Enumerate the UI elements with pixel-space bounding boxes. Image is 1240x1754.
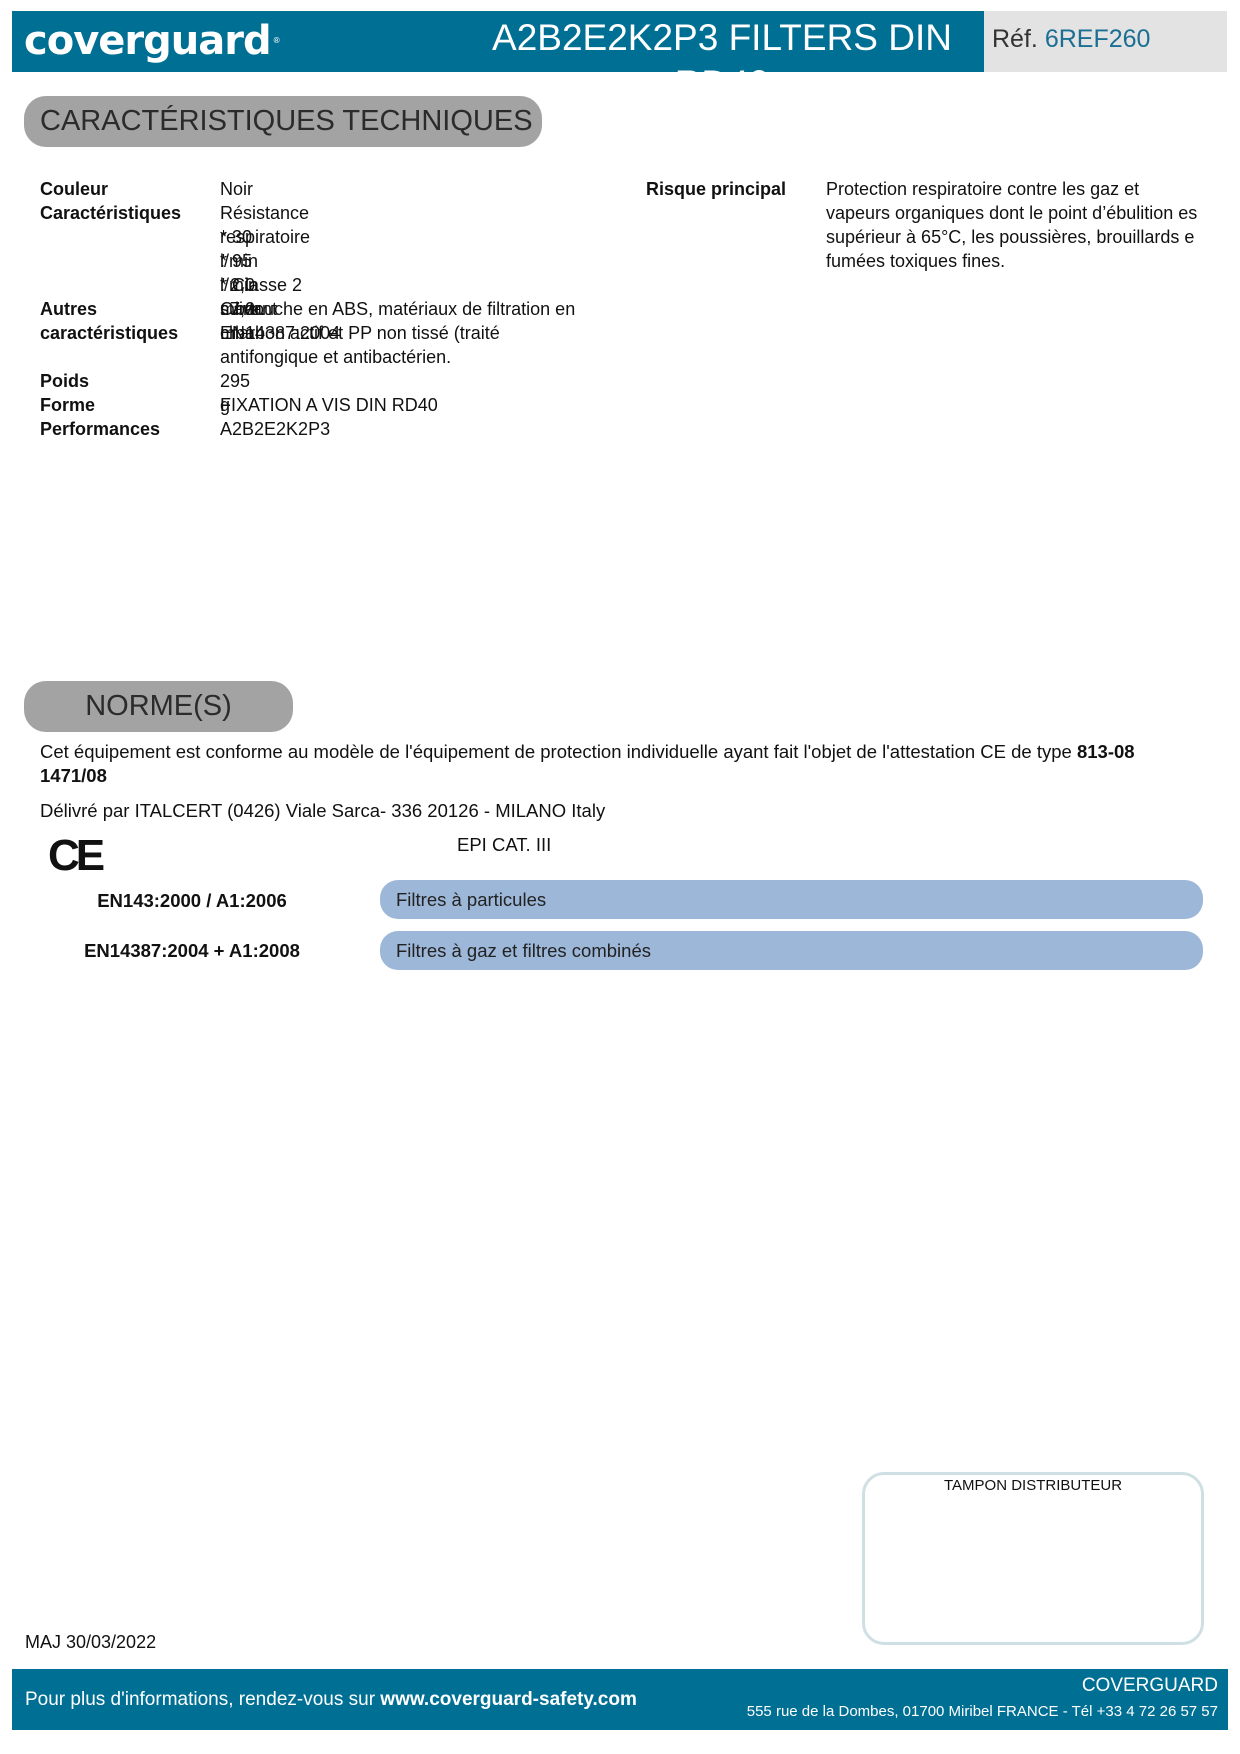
ce-mark-icon: CE: [48, 832, 101, 880]
spec-value-couleur: Noir: [220, 177, 253, 201]
spec-value-line: supérieur à 65°C, les poussières, brouil…: [826, 225, 1194, 249]
header-bar: coverguard® A2B2E2K2P3 FILTERS DIN RD40: [12, 11, 984, 72]
spec-value-line: charbon actif et PP non tissé (traité: [220, 321, 500, 345]
footer-info: Pour plus d'informations, rendez-vous su…: [25, 1689, 637, 1711]
coverguard-logo: coverguard®: [24, 19, 280, 63]
standard-code: EN14387:2004 + A1:2008: [42, 940, 342, 962]
ref-code: 6REF260: [1045, 25, 1151, 53]
standard-description: Filtres à particules: [380, 880, 1203, 919]
spec-key-caracteristiques: Caractéristiques: [40, 201, 181, 225]
spec-key-performances: Performances: [40, 417, 160, 441]
footer-bar: Pour plus d'informations, rendez-vous su…: [12, 1669, 1228, 1730]
spec-value-line: antifongique et antibactérien.: [220, 345, 451, 369]
spec-key-poids: Poids: [40, 369, 89, 393]
conformity-text: Cet équipement est conforme au modèle de…: [40, 740, 1220, 764]
epi-category: EPI CAT. III: [457, 833, 551, 857]
website-link[interactable]: www.coverguard-safety.com: [380, 1689, 637, 1710]
conformity-number: 1471/08: [40, 764, 107, 788]
update-date: MAJ 30/03/2022: [25, 1632, 156, 1653]
reference-box: Réf. 6REF260: [984, 11, 1227, 72]
spec-key-autres-1: Autres: [40, 297, 97, 321]
spec-key-forme: Forme: [40, 393, 95, 417]
footer-company: COVERGUARD: [1082, 1675, 1218, 1697]
stamp-label: TAMPON DISTRIBUTEUR: [865, 1477, 1201, 1494]
standard-code: EN143:2000 / A1:2006: [42, 890, 342, 912]
spec-value-line: Protection respiratoire contre les gaz e…: [826, 177, 1139, 201]
spec-value-line: fumées toxiques fines.: [826, 249, 1005, 273]
spec-value-forme: FIXATION A VIS DIN RD40: [220, 393, 438, 417]
spec-key-couleur: Couleur: [40, 177, 108, 201]
product-title: A2B2E2K2P3 FILTERS DIN RD40: [467, 15, 977, 72]
standard-description: Filtres à gaz et filtres combinés: [380, 931, 1203, 970]
ref-label: Réf.: [992, 25, 1038, 53]
spec-value-performances: A2B2E2K2P3: [220, 417, 330, 441]
spec-value-line: Cartouche en ABS, matériaux de filtratio…: [220, 297, 575, 321]
footer-address: 555 rue de la Dombes, 01700 Miribel FRAN…: [747, 1703, 1218, 1720]
spec-key-autres-2: caractéristiques: [40, 321, 178, 345]
spec-value-line: vapeurs organiques dont le point d’ébuli…: [826, 201, 1197, 225]
issued-by: Délivré par ITALCERT (0426) Viale Sarca-…: [40, 799, 605, 823]
section-heading-technical: CARACTÉRISTIQUES TECHNIQUES: [24, 96, 542, 147]
section-heading-norms: NORME(S): [24, 681, 293, 732]
spec-key-risque: Risque principal: [646, 177, 786, 201]
distributor-stamp-box: TAMPON DISTRIBUTEUR: [862, 1472, 1204, 1645]
